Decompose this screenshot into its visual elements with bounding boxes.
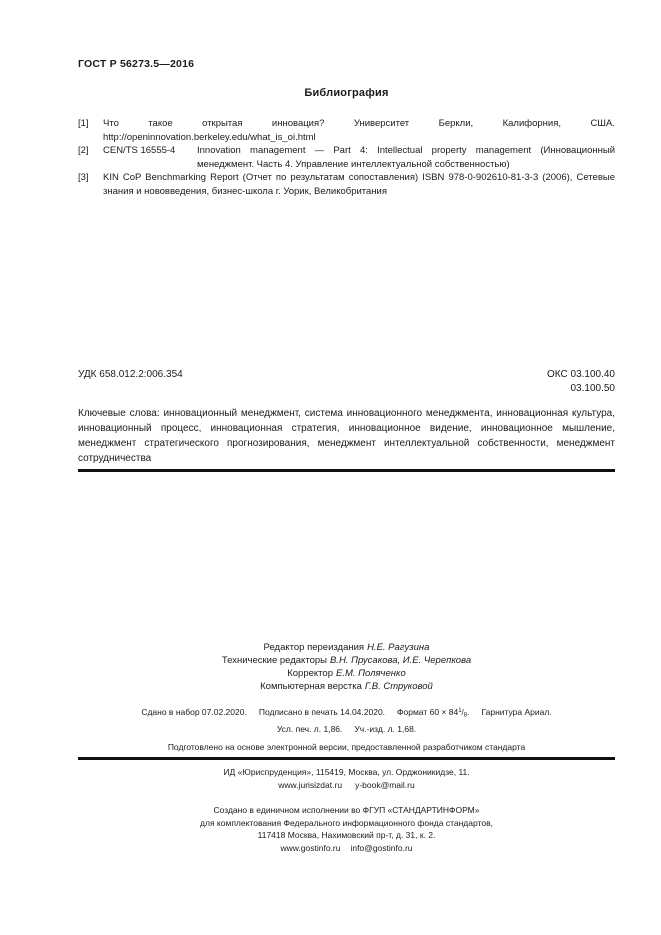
standartinform-line2: для комплектования Федерального информац… (78, 817, 615, 830)
doc-number: ГОСТ Р 56273.5—2016 (78, 58, 615, 71)
udk-code: УДК 658.012.2:006.354 (78, 368, 183, 382)
oks-code-line2: 03.100.50 (547, 382, 615, 396)
publisher-address: ИД «Юриспруденция», 115419, Москва, ул. … (78, 766, 615, 779)
separator-rule-top (78, 469, 615, 472)
publisher-website: www.jurisizdat.ru (278, 780, 342, 790)
entry-designation: CEN/TS 16555-4 (103, 144, 197, 171)
typeface-name: Гарнитура Ариал. (481, 706, 551, 719)
entry-label: [3] (78, 171, 103, 198)
credit-line: Компьютерная версткаГ.В. Струковой (78, 680, 615, 693)
typeset-date: Сдано в набор 07.02.2020. (141, 706, 247, 719)
credit-name: В.Н. Прусакова, И.Е. Черепкова (330, 655, 471, 666)
credit-name: Е.М. Поляченко (336, 668, 406, 679)
bibliography-entry: [3] KIN CoP Benchmarking Report (Отчет п… (78, 171, 615, 198)
bibliography-entry: [2] CEN/TS 16555-4 Innovation management… (78, 144, 615, 171)
entry-label: [2] (78, 144, 103, 171)
imprint-line-1: Сдано в набор 07.02.2020.Подписано в печ… (78, 705, 615, 723)
credit-role: Корректор (287, 668, 333, 679)
bibliography-list: [1] Что такое открытая инновация? Универ… (78, 117, 615, 198)
credit-line: Редактор переизданияН.Е. Рагузина (78, 641, 615, 654)
prepared-note: Подготовлено на основе электронной верси… (78, 741, 615, 754)
credit-name: Г.В. Струковой (365, 681, 433, 692)
oks-codes: ОКС 03.100.40 03.100.50 (547, 368, 615, 396)
entry-text: Innovation management — Part 4: Intellec… (197, 144, 615, 171)
entry-label: [1] (78, 117, 103, 144)
gostinfo-email: info@gostinfo.ru (350, 843, 412, 853)
gostinfo-website: www.gostinfo.ru (280, 843, 340, 853)
credit-role: Редактор переиздания (264, 642, 365, 653)
publication-sheets: Уч.-изд. л. 1,68. (354, 723, 416, 736)
keywords-paragraph: Ключевые слова: инновационный менеджмент… (78, 406, 615, 466)
format-spec: Формат 60 × 841/8. (397, 705, 469, 723)
imprint-line-2: Усл. печ. л. 1,86.Уч.-изд. л. 1,68. (78, 723, 615, 736)
standartinform-line1: Создано в единичном исполнении во ФГУП «… (78, 804, 615, 817)
credit-role: Компьютерная верстка (260, 681, 362, 692)
entry-text: KIN CoP Benchmarking Report (Отчет по ре… (103, 171, 615, 198)
imprint-block: Сдано в набор 07.02.2020.Подписано в печ… (78, 705, 615, 736)
publisher-block: ИД «Юриспруденция», 115419, Москва, ул. … (78, 766, 615, 792)
publisher-contacts: www.jurisizdat.ruy-book@mail.ru (78, 779, 615, 792)
classification-row: УДК 658.012.2:006.354 ОКС 03.100.40 03.1… (78, 368, 615, 396)
standartinform-contacts: www.gostinfo.ruinfo@gostinfo.ru (78, 842, 615, 855)
credit-role: Технические редакторы (222, 655, 327, 666)
credit-line: КорректорЕ.М. Поляченко (78, 667, 615, 680)
format-dot: . (467, 707, 469, 717)
conventional-sheets: Усл. печ. л. 1,86. (277, 723, 343, 736)
section-title: Библиография (78, 86, 615, 100)
credit-name: Н.Е. Рагузина (367, 642, 429, 653)
separator-rule-bottom (78, 757, 615, 760)
document-page: ГОСТ Р 56273.5—2016 Библиография [1] Что… (0, 0, 661, 935)
standartinform-block: Создано в единичном исполнении во ФГУП «… (78, 804, 615, 854)
oks-code-line1: ОКС 03.100.40 (547, 368, 615, 382)
publisher-email: y-book@mail.ru (355, 780, 415, 790)
standartinform-line3: 117418 Москва, Нахимовский пр-т, д. 31, … (78, 829, 615, 842)
entry-text: Что такое открытая инновация? Университе… (103, 117, 615, 144)
colophon-credits: Редактор переизданияН.Е. Рагузина Технич… (78, 641, 615, 693)
bibliography-entry: [1] Что такое открытая инновация? Универ… (78, 117, 615, 144)
print-date: Подписано в печать 14.04.2020. (259, 706, 385, 719)
credit-line: Технические редакторыВ.Н. Прусакова, И.Е… (78, 654, 615, 667)
